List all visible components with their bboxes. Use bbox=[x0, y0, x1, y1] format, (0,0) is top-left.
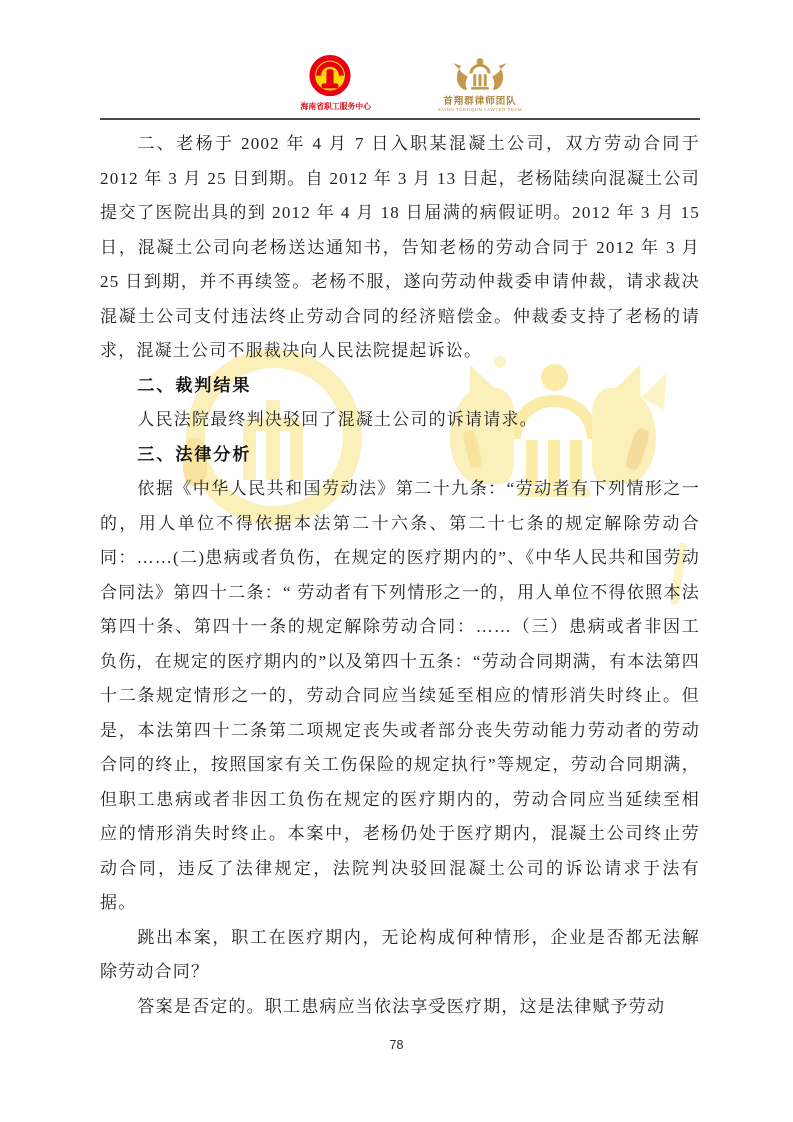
page-footer: 78 bbox=[0, 1038, 793, 1052]
paragraph: 依据《中华人民共和国劳动法》第二十九条：“劳动者有下列情形之一的，用人单位不得依… bbox=[100, 472, 700, 921]
lawyer-team-subcaption: XIANG TONGQUN LAWYER TEAM bbox=[432, 107, 528, 112]
page-number: 78 bbox=[390, 1038, 404, 1052]
lawyer-team-pillar-icon bbox=[432, 57, 528, 93]
lawyer-team-caption: 首翔群律师团队 bbox=[432, 93, 528, 107]
paragraph: 答案是否定的。职工患病应当依法享受医疗期，这是法律赋予劳动 bbox=[100, 990, 700, 1025]
paragraph: 跳出本案，职工在医疗期内，无论构成何种情形，企业是否都无法解除劳动合同？ bbox=[100, 921, 700, 990]
trade-union-emblem-icon bbox=[298, 55, 362, 99]
document-body: 二、老杨于 2002 年 4 月 7 日入职某混凝土公司，双方劳动合同于 201… bbox=[100, 127, 700, 1024]
lawyer-team-logo: 首翔群律师团队 XIANG TONGQUN LAWYER TEAM bbox=[432, 57, 528, 112]
section-heading: 三、法律分析 bbox=[100, 438, 700, 473]
union-logo-caption: 海南省职工服务中心 bbox=[301, 100, 360, 111]
paragraph: 人民法院最终判决驳回了混凝土公司的诉请请求。 bbox=[100, 403, 700, 438]
page-header: 海南省职工服务中心 首翔群律师团队 XIANG TONGQUN LAW bbox=[0, 0, 793, 125]
document-page: 海南省职工服务中心 首翔群律师团队 XIANG TONGQUN LAW bbox=[0, 0, 793, 1122]
union-logo: 海南省职工服务中心 bbox=[298, 55, 362, 112]
header-divider-rule bbox=[100, 118, 700, 120]
section-heading: 二、裁判结果 bbox=[100, 369, 700, 404]
paragraph: 二、老杨于 2002 年 4 月 7 日入职某混凝土公司，双方劳动合同于 201… bbox=[100, 127, 700, 369]
